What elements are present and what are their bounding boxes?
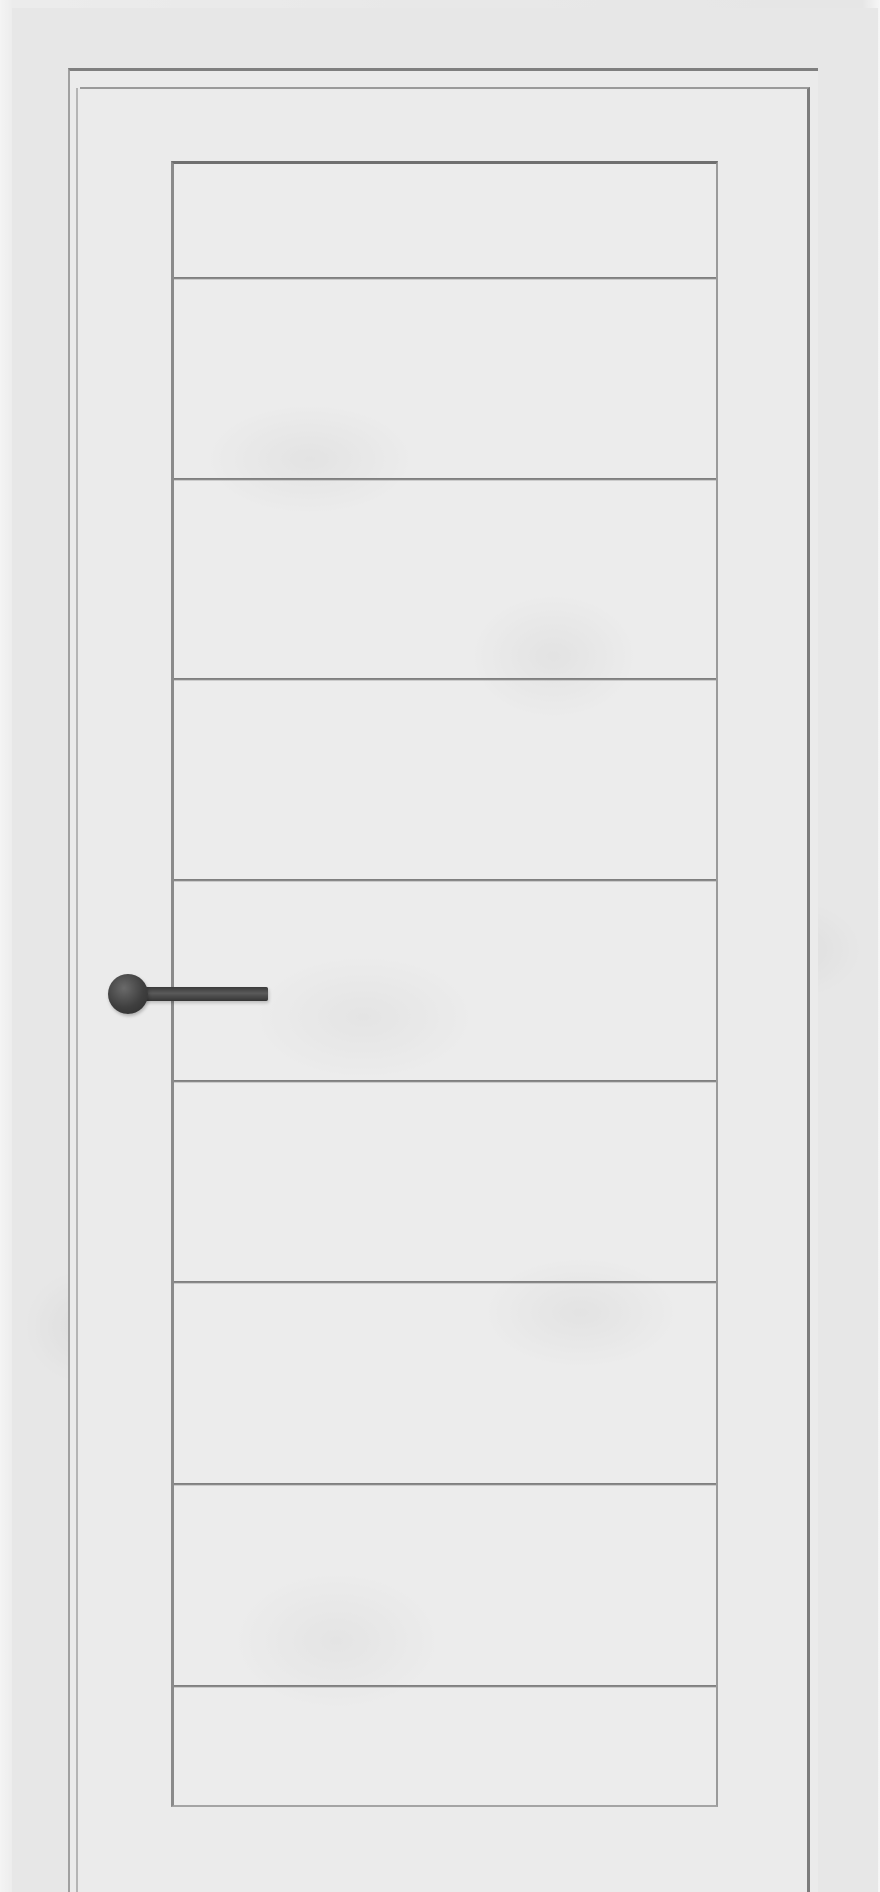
- panel-groove-line: [174, 1483, 716, 1486]
- panel-groove-line: [174, 678, 716, 681]
- panel-groove-line: [174, 1080, 716, 1083]
- panel-groove-line: [174, 478, 716, 481]
- handle-rosette: [108, 974, 148, 1014]
- panel-groove-line: [174, 277, 716, 280]
- panel-groove-line: [174, 1685, 716, 1688]
- door-stile-edge: [76, 88, 78, 1892]
- panel-groove-line: [174, 1281, 716, 1284]
- door-photo: [0, 0, 880, 1892]
- panel-groove-line: [174, 879, 716, 882]
- door-handle[interactable]: [108, 972, 260, 1018]
